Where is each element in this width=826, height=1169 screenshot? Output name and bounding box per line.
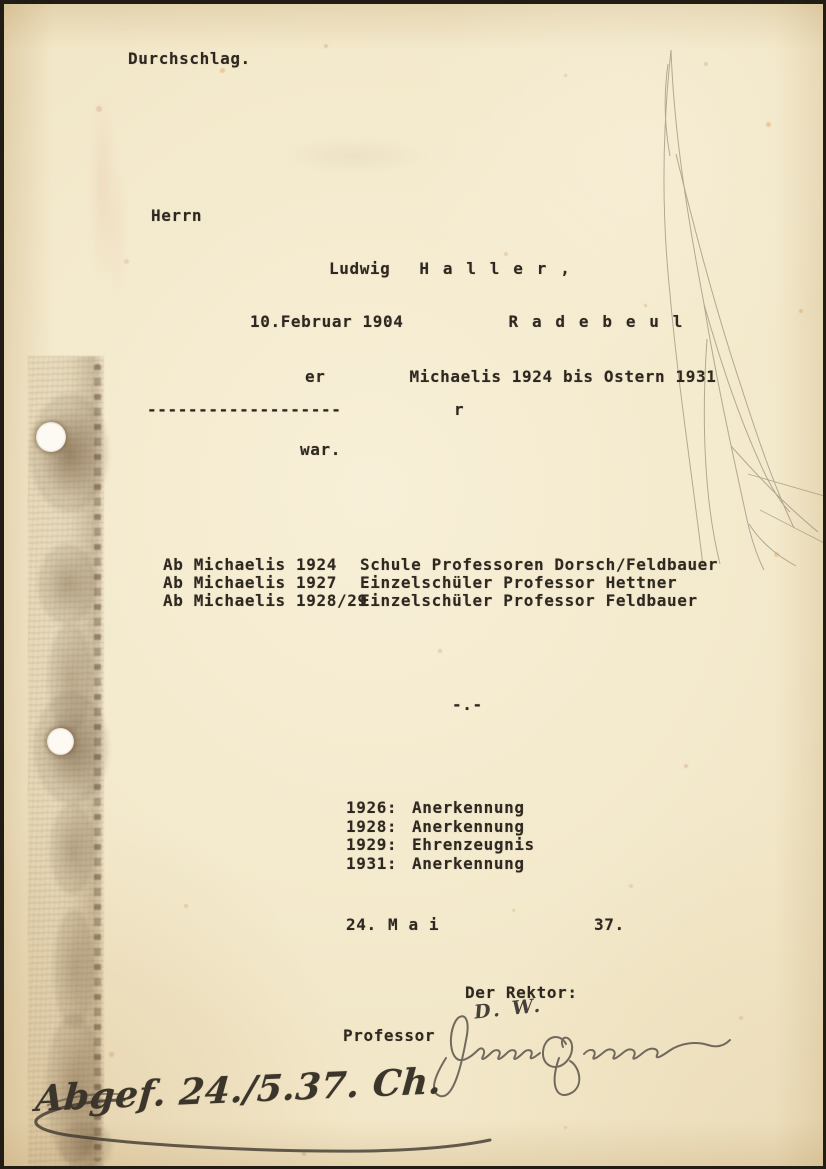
date-day: 24. bbox=[346, 915, 377, 935]
award-title: Anerkennung bbox=[412, 817, 525, 837]
study-period: Ab Michaelis 1927 bbox=[163, 573, 337, 593]
award-year: 1928: bbox=[346, 817, 397, 837]
award-year: 1926: bbox=[346, 798, 397, 818]
study-period: Ab Michaelis 1924 bbox=[163, 555, 337, 575]
birth-date: 10.Februar 1904 bbox=[250, 312, 404, 331]
dashed-line-row: ------------------- r bbox=[147, 400, 787, 420]
birth-line: 10.Februar 1904R a d e b e u l bbox=[250, 312, 685, 332]
award-title: Ehrenzeugnis bbox=[412, 835, 535, 855]
date-line: 24. M a i 37. bbox=[346, 915, 826, 935]
study-history-row: Ab Michaelis 1927 Einzelschüler Professo… bbox=[163, 573, 803, 593]
study-history-row: Ab Michaelis 1924 Schule Professoren Dor… bbox=[163, 555, 803, 575]
typed-dashes: ------------------- bbox=[147, 400, 341, 420]
date-year: 37. bbox=[594, 915, 625, 935]
award-year: 1929: bbox=[346, 835, 397, 855]
enrollment-line: erMichaelis 1924 bis Ostern 1931 bbox=[305, 367, 716, 387]
stain-blotch bbox=[30, 394, 108, 512]
study-detail: Einzelschüler Professor Feldbauer bbox=[360, 591, 698, 611]
study-history-row: Ab Michaelis 1928/29 Einzelschüler Profe… bbox=[163, 591, 803, 611]
paper-crease-marks bbox=[4, 4, 826, 604]
stray-letter: r bbox=[454, 400, 464, 420]
faint-smudge bbox=[254, 132, 454, 180]
rektor-signature bbox=[416, 1000, 752, 1120]
award-title: Anerkennung bbox=[412, 854, 525, 874]
stain-blotch bbox=[60, 1122, 112, 1169]
last-name-spaced: H a l l e r , bbox=[419, 259, 572, 278]
section-separator: -.- bbox=[452, 695, 483, 715]
award-row: 1931: Anerkennung bbox=[346, 854, 826, 874]
enrollment-period: Michaelis 1924 bis Ostern 1931 bbox=[409, 367, 716, 386]
award-row: 1926: Anerkennung bbox=[346, 798, 826, 818]
scanned-document-page: Durchschlag. Herrn LudwigH a l l e r , 1… bbox=[0, 0, 826, 1169]
study-detail: Einzelschüler Professor Hettner bbox=[360, 573, 677, 593]
study-detail: Schule Professoren Dorsch/Feldbauer bbox=[360, 555, 718, 575]
name-line: LudwigH a l l e r , bbox=[329, 259, 572, 279]
copy-label: Durchschlag. bbox=[128, 49, 251, 69]
award-row: 1928: Anerkennung bbox=[346, 817, 826, 837]
pink-streak bbox=[108, 134, 126, 334]
award-row: 1929: Ehrenzeugnis bbox=[346, 835, 826, 855]
study-period: Ab Michaelis 1928/29 bbox=[163, 591, 368, 611]
stain-blotch bbox=[54, 909, 94, 1029]
award-year: 1931: bbox=[346, 854, 397, 874]
award-title: Anerkennung bbox=[412, 798, 525, 818]
stain-blotch bbox=[50, 804, 94, 894]
punch-hole bbox=[36, 422, 66, 452]
salutation: Herrn bbox=[151, 206, 202, 226]
closing-word: war. bbox=[300, 440, 341, 460]
date-month: M a i bbox=[388, 915, 439, 935]
first-name: Ludwig bbox=[329, 259, 390, 278]
enrollment-lead: er bbox=[305, 367, 325, 386]
stain-blotch bbox=[38, 544, 96, 624]
punch-hole bbox=[47, 728, 74, 755]
professor-label: Professor bbox=[343, 1026, 435, 1046]
birth-place-spaced: R a d e b e u l bbox=[509, 312, 685, 331]
